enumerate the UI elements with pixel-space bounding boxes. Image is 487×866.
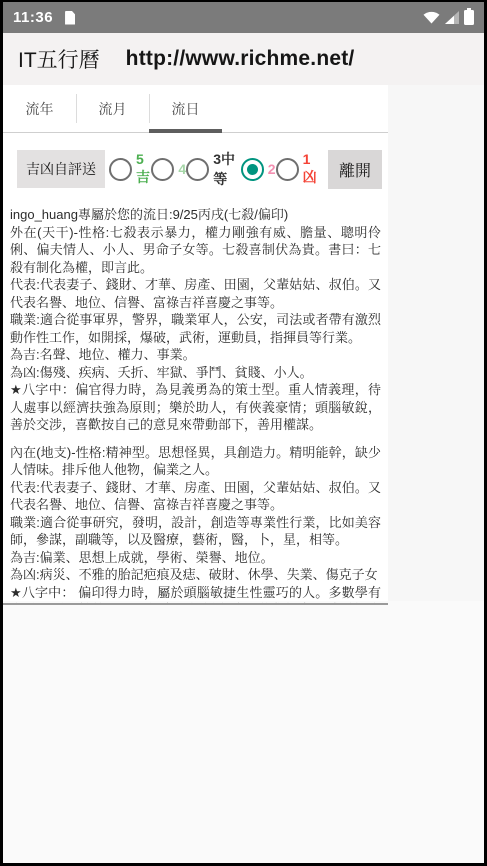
rating-radio-group: 5吉 4 3中等 2 1 bbox=[105, 149, 322, 189]
rating-label-1: 1凶 bbox=[303, 151, 318, 187]
fortune-line-owner: ingo_huang專屬於您的流日:9/25丙戌(七殺/偏印) bbox=[10, 206, 381, 224]
fortune-paragraph: 職業:適合從事軍界，警界，職業軍人，公安，司法或者帶有激烈動作性工作，如開採，爆… bbox=[10, 311, 381, 346]
status-bar: 11:36 bbox=[3, 2, 484, 33]
fortune-paragraph: 為吉:偏業、思想上成就，學術、榮譽、地位。 bbox=[10, 549, 381, 567]
fortune-text-area[interactable]: ingo_huang專屬於您的流日:9/25丙戌(七殺/偏印) 外在(天干)-性… bbox=[3, 201, 388, 605]
fortune-paragraph: 代表:代表妻子、錢財、才華、房產、田園，父輩姑姑、叔伯。又代表名譽、地位、信譽、… bbox=[10, 479, 381, 514]
fortune-paragraph: 外在(天干)-性格:七殺表示暴力，權力剛強有威、膽量、聰明伶俐、偏夫情人、小人、… bbox=[10, 224, 381, 277]
rating-toolbar: 吉凶自評送 5吉 4 3中等 bbox=[3, 133, 388, 189]
rating-radio-1[interactable] bbox=[276, 158, 299, 181]
side-filler bbox=[388, 85, 484, 601]
rating-radio-3[interactable] bbox=[186, 158, 209, 181]
battery-icon bbox=[464, 10, 474, 25]
fortune-paragraph: 內在(地支)-性格:精神型。思想怪異，具創造力。精明能幹，缺少人情味。排斥他人他… bbox=[10, 444, 381, 479]
rating-item-5: 5吉 bbox=[109, 151, 151, 187]
fortune-paragraph: 代表:代表妻子、錢財、才華、房產、田園，父輩姑姑、叔伯。又代表名譽、地位、信譽、… bbox=[10, 276, 381, 311]
rating-label-5: 5吉 bbox=[136, 151, 151, 187]
rating-item-1: 1凶 bbox=[276, 151, 318, 187]
rating-label-2: 2 bbox=[268, 161, 276, 177]
rating-item-4: 4 bbox=[151, 158, 186, 181]
fortune-paragraph: 為吉:名聲、地位、權力、事業。 bbox=[10, 346, 381, 364]
webview-panel: 流年 流月 流日 吉凶自評送 5吉 4 3中 bbox=[3, 85, 388, 601]
rating-item-2: 2 bbox=[241, 158, 276, 181]
fortune-paragraph: ★八字中：偏官得力時，為見義勇為的策士型。重人情義理，待人處事以經濟扶強為原則；… bbox=[10, 381, 381, 434]
app-title: IT五行曆 bbox=[18, 44, 100, 74]
tab-bar: 流年 流月 流日 bbox=[3, 85, 388, 133]
fortune-paragraph: 為凶:傷殘、疾病、夭折、牢獄、爭鬥、貧賤、小人。 bbox=[10, 364, 381, 382]
fortune-paragraph: 職業:適合從事研究，發明，設計，創造等專業性行業，比如美容師，參謀，副職等，以及… bbox=[10, 514, 381, 549]
section-gap bbox=[10, 434, 381, 444]
rating-radio-5[interactable] bbox=[109, 158, 132, 181]
rating-label-3: 3中等 bbox=[213, 149, 241, 189]
app-header: IT五行曆 http://www.richme.net/ bbox=[3, 33, 484, 85]
rating-radio-4[interactable] bbox=[151, 158, 174, 181]
phone-screen: 11:36 IT五行曆 http://www.richme.net/ 流年 流月… bbox=[0, 0, 487, 866]
fortune-paragraph-clipped: ★八字中： 偏印得力時，屬於頭腦敏捷生性靈巧的人。多數學有專長，頭腦敏捷，心思細… bbox=[10, 584, 381, 606]
site-url: http://www.richme.net/ bbox=[126, 47, 355, 71]
rating-label-4: 4 bbox=[178, 161, 186, 177]
tab-liunian[interactable]: 流年 bbox=[3, 85, 76, 132]
tab-liuyue[interactable]: 流月 bbox=[76, 85, 149, 132]
fortune-paragraph: 為凶:病災、不雅的胎記疤痕及痣、破財、休學、失業、傷克子女 bbox=[10, 566, 381, 584]
self-rate-submit-button[interactable]: 吉凶自評送 bbox=[17, 150, 105, 188]
cell-signal-icon bbox=[445, 11, 459, 24]
sd-card-icon bbox=[65, 11, 75, 25]
tab-liuri[interactable]: 流日 bbox=[149, 85, 222, 132]
wifi-icon bbox=[423, 11, 440, 24]
rating-item-3: 3中等 bbox=[186, 149, 241, 189]
status-time: 11:36 bbox=[13, 9, 53, 26]
rating-radio-2-selected[interactable] bbox=[241, 158, 264, 181]
leave-button[interactable]: 離開 bbox=[328, 150, 382, 189]
